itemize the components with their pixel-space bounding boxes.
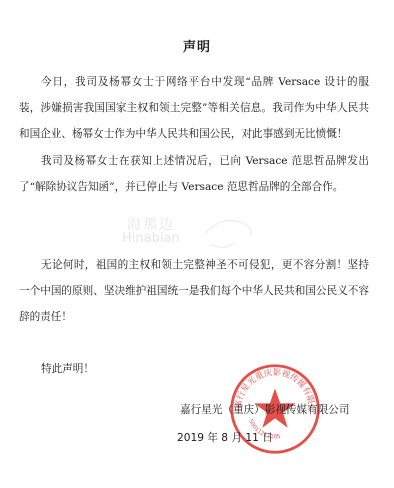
watermark: 海那边 Hinabian [122,218,180,246]
paragraph-2: 我司及杨幂女士在获知上述情况后，已向 Versace 范思哲品牌发出了“解除协议… [19,148,369,200]
watermark-chinese: 海那边 [122,218,180,232]
paragraph-3: 无论何时，祖国的主权和领土完整神圣不可侵犯，更不容分割！坚持一个中国的原则、坚决… [19,252,369,330]
watermark-logo-icon [200,214,260,254]
paragraph-1: 今日，我司及杨幂女士于网络平台中发现“品牌 Versace 设计的服装，涉嫌损害… [19,69,369,147]
watermark-english: Hinabian [122,232,180,246]
statement-date: 2019 年 8 月 11 日 [177,430,273,445]
statement-title: 声明 [0,36,394,55]
company-signature: 嘉行星光（重庆）影视传媒有限公司 [180,402,350,417]
